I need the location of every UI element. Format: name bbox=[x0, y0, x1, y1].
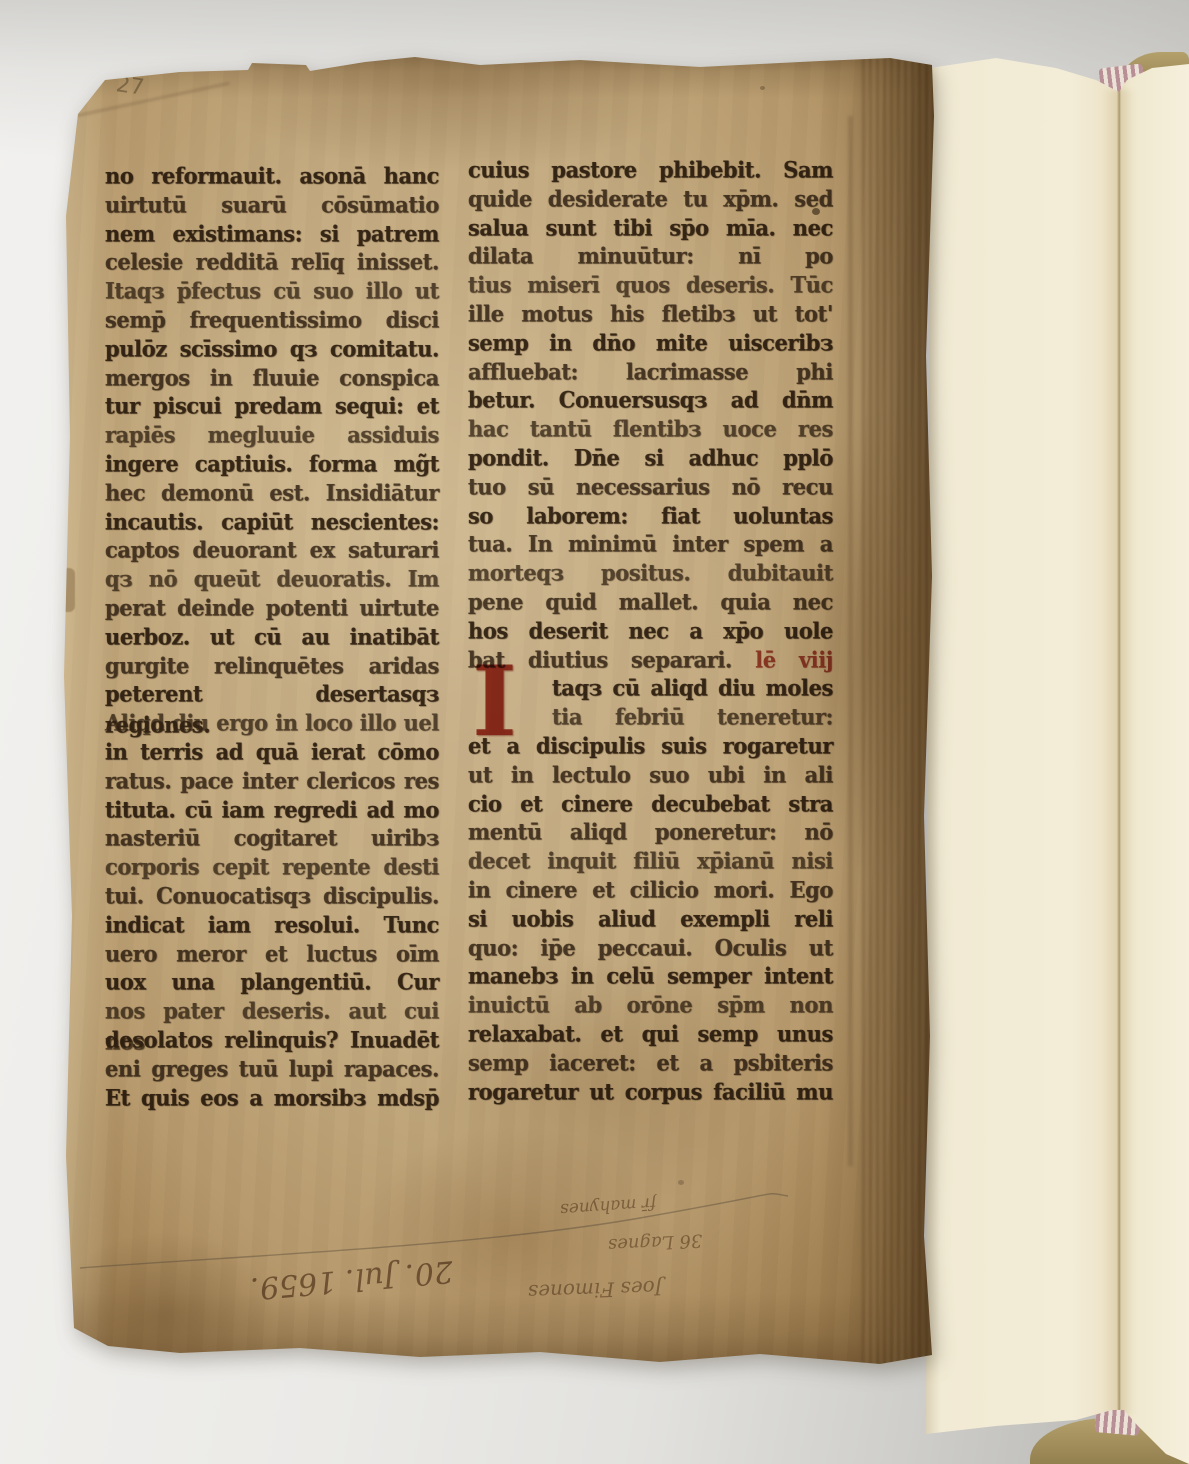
manuscript-line: uox una plangentiū. Cur bbox=[105, 967, 439, 998]
manuscript-line: decet inquit filiū xp̄ianū nisi bbox=[468, 846, 833, 877]
pencil-folio-number: 27 bbox=[114, 72, 145, 101]
manuscript-line: morteqз positus. dubitauit bbox=[468, 558, 833, 589]
manuscript-line: uero meror et luctus oīm bbox=[105, 939, 439, 970]
manuscript-line: hos deserit nec a xp̄o uole bbox=[468, 616, 833, 647]
text-column-left: no reformauit. asonā hancuirtutū suarū c… bbox=[105, 161, 439, 1111]
manuscript-line: semp in dn̄o mite uisceribз bbox=[468, 328, 833, 359]
manuscript-line: hac tantū flentibз uoce res bbox=[468, 414, 833, 445]
manuscript-line: so laborem: fiat uoluntas bbox=[468, 501, 833, 532]
manuscript-line: incautis. capiūt nescientes: bbox=[105, 507, 439, 538]
right-edge-stain-streaks bbox=[862, 56, 934, 1368]
manuscript-line: affluebat: lacrimasse phi bbox=[468, 357, 833, 388]
manuscript-line: manebз in celū semper intent bbox=[468, 961, 833, 992]
manuscript-line: Aliqd diu ergo in loco illo uel bbox=[105, 708, 439, 739]
ink-speck bbox=[678, 1180, 684, 1185]
manuscript-line: tui. Conuocatisqз discipulis. bbox=[105, 881, 439, 912]
ink-speck bbox=[760, 86, 765, 90]
manuscript-line: eni greges tuū lupi rapaces. bbox=[105, 1054, 439, 1085]
parchment-leaf: 27 no reformauit. asonā hancuirtutū suar… bbox=[60, 56, 934, 1368]
manuscript-line: pene quid mallet. quia nec bbox=[468, 587, 833, 618]
manuscript-line: cio et cinere decubebat stra bbox=[468, 789, 833, 820]
ownership-inscription-3: Joes Fimones bbox=[528, 1276, 664, 1305]
manuscript-line: Et quis eos a morsibз mdsp̄ bbox=[105, 1083, 439, 1114]
manuscript-line: celesie redditā relīq inisset. bbox=[105, 247, 439, 278]
manuscript-line: gurgite relinquētes aridas bbox=[105, 651, 439, 682]
manuscript-line: hec demonū est. Insidiātur bbox=[105, 478, 439, 509]
manuscript-line: nasteriū cogitaret uiribз bbox=[105, 823, 439, 854]
manuscript-line: si uobis aliud exempli reli bbox=[468, 904, 833, 935]
modern-flyleaf-page bbox=[926, 54, 1189, 1464]
gutter-crease bbox=[1117, 90, 1121, 1416]
manuscript-line: ut in lectulo suo ubi in ali bbox=[468, 760, 833, 791]
manuscript-line: betur. Conuersusqз ad dn̄m bbox=[468, 385, 833, 416]
manuscript-line: pulōz scīssimo qз comitatu. bbox=[105, 334, 439, 365]
manuscript-line: quide desiderate tu xp̄m. sed bbox=[468, 184, 833, 215]
photograph-background: 27 no reformauit. asonā hancuirtutū suar… bbox=[0, 0, 1189, 1464]
manuscript-line: nem existimans: si patrem bbox=[105, 219, 439, 250]
manuscript-line: mergos in fluuie conspica bbox=[105, 363, 439, 394]
manuscript-line: perat deinde potenti uirtute bbox=[105, 593, 439, 624]
top-left-crease bbox=[68, 82, 230, 119]
manuscript-line: tua. In minimū inter spem a bbox=[468, 529, 833, 560]
parchment-leaf-wrap: 27 no reformauit. asonā hancuirtutū suar… bbox=[60, 56, 934, 1368]
manuscript-line: tius miserī quos deseris. Tūc bbox=[468, 270, 833, 301]
manuscript-line: mentū aliqd poneretur: nō bbox=[468, 817, 833, 848]
manuscript-line: in cinere et cilicio mori. Ego bbox=[468, 875, 833, 906]
manuscript-line: tituta. cū iam regredi ad mo bbox=[105, 795, 439, 826]
manuscript-line: pondit. Dn̄e si adhuc pplō bbox=[468, 443, 833, 474]
red-initial-letter: I bbox=[472, 660, 532, 752]
text-column-right: cuius pastore phibebit. Samquide desider… bbox=[468, 155, 833, 1105]
manuscript-line: tuo sū necessarius nō recu bbox=[468, 472, 833, 503]
manuscript-line: rapiēs megluuie assiduis bbox=[105, 420, 439, 451]
manuscript-line: ingere captiuis. forma mg̃t bbox=[105, 449, 439, 480]
ownership-inscription-1: fr̄ mahynes bbox=[559, 1193, 657, 1220]
manuscript-line: uirtutū suarū cōsūmatio bbox=[105, 190, 439, 221]
manuscript-line: relaxabat. et qui semp unus bbox=[468, 1019, 833, 1050]
manuscript-line: quo: ip̄e peccaui. Oculis ut bbox=[468, 933, 833, 964]
manuscript-line: salua sunt tibi sp̄o mīa. nec bbox=[468, 213, 833, 244]
manuscript-line: corporis cepit repente desti bbox=[105, 852, 439, 883]
left-edge-repair-tab bbox=[60, 568, 75, 612]
manuscript-line: desolatos relinquis? Inuadēt bbox=[105, 1025, 439, 1056]
manuscript-line: qз nō queūt deuoratis. Im bbox=[105, 564, 439, 595]
rubric-text: lē viij bbox=[732, 646, 833, 673]
manuscript-line: indicat iam resolui. Tunc bbox=[105, 910, 439, 941]
manuscript-line: dilata minuūtur: nī po bbox=[468, 241, 833, 272]
manuscript-line: in terris ad quā ierat cōmo bbox=[105, 737, 439, 768]
date-inscription: 20. Jul. 1659. bbox=[249, 1253, 454, 1306]
manuscript-line: cuius pastore phibebit. Sam bbox=[468, 155, 833, 186]
manuscript-line: no reformauit. asonā hanc bbox=[105, 161, 439, 192]
vertical-crease bbox=[848, 116, 853, 1166]
manuscript-line: uerboz. ut cū au inatibāt bbox=[105, 622, 439, 653]
manuscript-line: nos pater deseris. aut cui nos bbox=[105, 996, 439, 1027]
manuscript-line: inuictū ab orōne sp̄m non bbox=[468, 990, 833, 1021]
manuscript-line: tur piscui predam sequi: et bbox=[105, 391, 439, 422]
ownership-inscription-2: 36 Lagnes bbox=[608, 1230, 703, 1256]
manuscript-line: Itaqз p̄fectus cū suo illo ut bbox=[105, 276, 439, 307]
manuscript-line: semp̄ frequentissimo disci bbox=[105, 305, 439, 336]
manuscript-line: ille motus his fletibз ut tot' bbox=[468, 299, 833, 330]
manuscript-line: ratus. pace inter clericos res bbox=[105, 766, 439, 797]
manuscript-line: peterent desertasqз regiones. bbox=[105, 679, 439, 710]
manuscript-line: captos deuorant ex saturari bbox=[105, 535, 439, 566]
manuscript-line: semp iaceret: et a psbiteris bbox=[468, 1048, 833, 1079]
manuscript-line: rogaretur ut corpus faciliū mu bbox=[468, 1077, 833, 1108]
